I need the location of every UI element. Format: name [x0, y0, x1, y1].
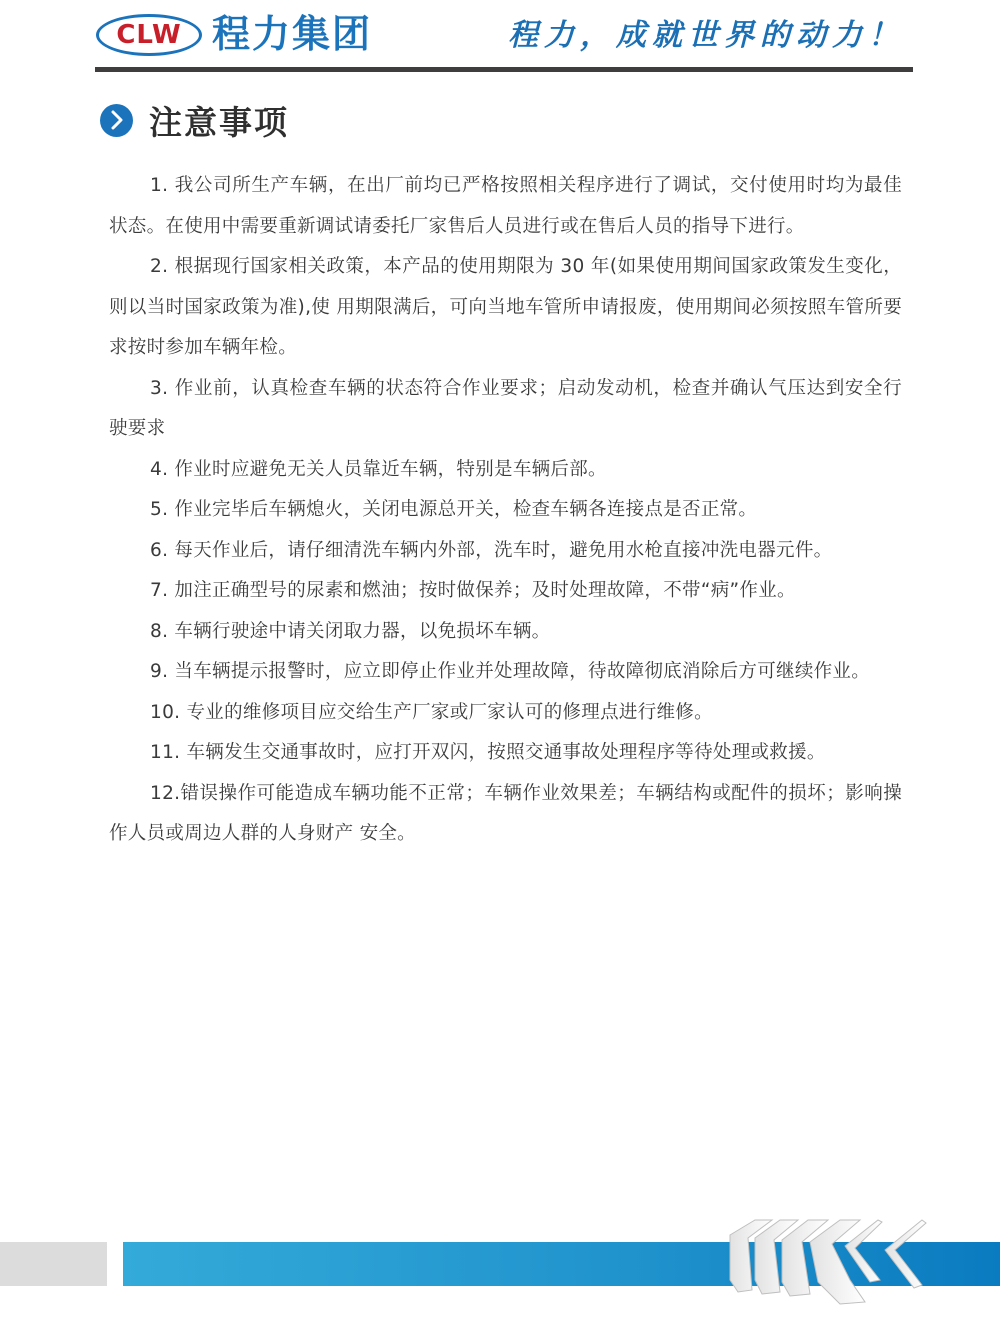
notice-item-5: 5. 作业完毕后车辆熄火，关闭电源总开关，检查车辆各连接点是否正常。	[109, 490, 902, 531]
chevron-arrows-decoration-icon	[700, 1210, 940, 1317]
notice-item-9: 9. 当车辆提示报警时，应立即停止作业并处理故障，待故障彻底消除后方可继续作业。	[109, 652, 902, 693]
notice-item-6: 6. 每天作业后，请仔细清洗车辆内外部，洗车时，避免用水枪直接冲洗电器元件。	[109, 531, 902, 572]
page-header: CLW 程力集团 程力，成就世界的动力！	[0, 0, 1000, 80]
clw-logo: CLW	[96, 14, 208, 60]
page-title: 注意事项	[149, 97, 289, 144]
footer-gray-block	[0, 1242, 107, 1286]
notice-item-8: 8. 车辆行驶途中请关闭取力器，以免损坏车辆。	[109, 612, 902, 653]
notice-item-3: 3. 作业前，认真检查车辆的状态符合作业要求；启动发动机，检查并确认气压达到安全…	[109, 369, 902, 450]
notice-list: 1. 我公司所生产车辆，在出厂前均已严格按照相关程序进行了调试，交付使用时均为最…	[109, 166, 902, 855]
notice-item-11: 11. 车辆发生交通事故时，应打开双闪，按照交通事故处理程序等待处理或救援。	[109, 733, 902, 774]
header-divider	[95, 67, 913, 72]
notice-item-2: 2. 根据现行国家相关政策，本产品的使用期限为 30 年(如果使用期间国家政策发…	[109, 247, 902, 369]
notice-item-4: 4. 作业时应避免无关人员靠近车辆，特别是车辆后部。	[109, 450, 902, 491]
chevron-right-circle-icon	[100, 104, 133, 137]
section-heading: 注意事项	[100, 97, 289, 143]
notice-item-7: 7. 加注正确型号的尿素和燃油；按时做保养；及时处理故障，不带“病”作业。	[109, 571, 902, 612]
notice-item-10: 10. 专业的维修项目应交给生产厂家或厂家认可的修理点进行维修。	[109, 693, 902, 734]
slogan: 程力，成就世界的动力！	[508, 16, 904, 56]
notice-item-1: 1. 我公司所生产车辆，在出厂前均已严格按照相关程序进行了调试，交付使用时均为最…	[109, 166, 902, 247]
logo-text: CLW	[96, 14, 202, 56]
brand-name: 程力集团	[212, 12, 372, 56]
notice-item-12: 12.错误操作可能造成车辆功能不正常；车辆作业效果差；车辆结构或配件的损坏；影响…	[109, 774, 902, 855]
